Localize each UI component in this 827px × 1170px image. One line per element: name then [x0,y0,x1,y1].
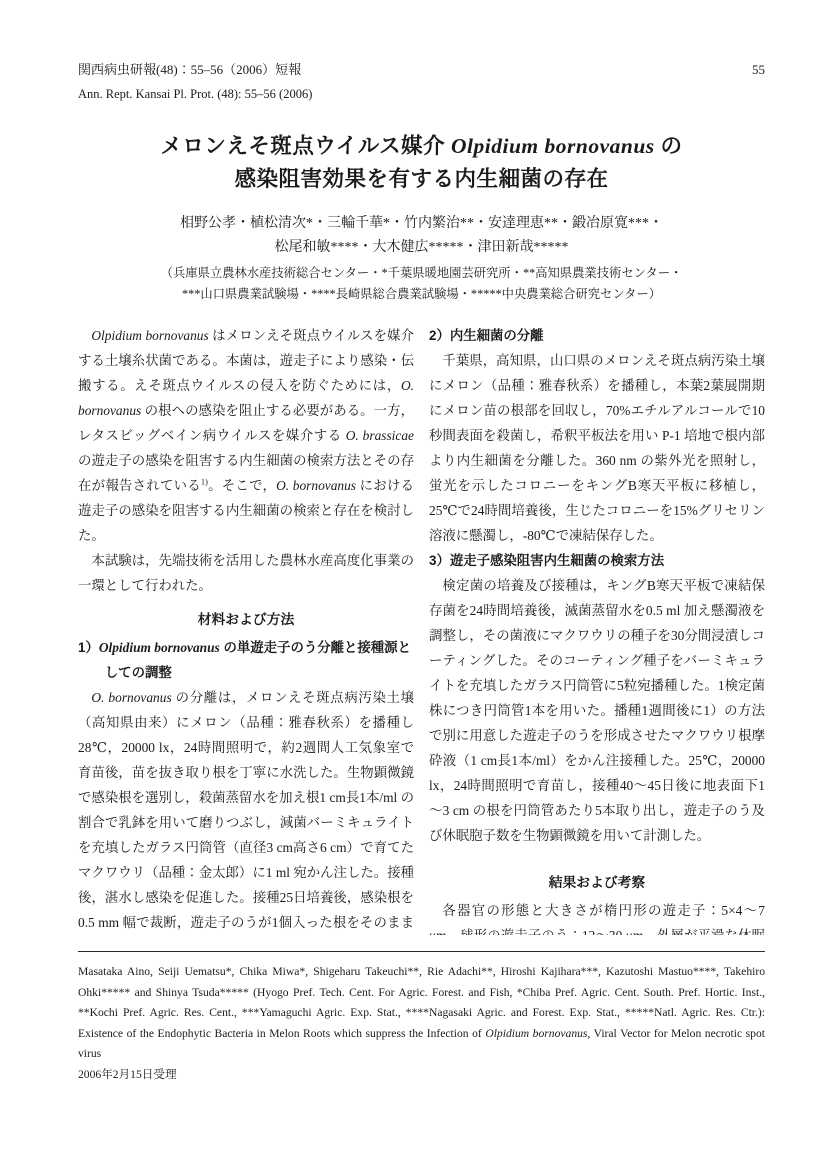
paper-page: 関西病虫研報(48)：55–56（2006）短報 55 Ann. Rept. K… [0,0,827,1170]
journal-title-en: Ann. Rept. Kansai Pl. Prot. (48): 55–56 … [78,84,765,104]
received-date: 2006年2月15日受理 [78,1065,765,1086]
intro-paragraph: Olpidium bornovanus はメロンえそ斑点ウイルスを媒介する土壌糸… [78,323,414,548]
subsection-heading-2: 2）内生細菌の分離 [429,323,765,348]
methods-paragraph-1: O. bornovanus の分離は，メロンえそ斑点病汚染土壌（高知県由来）にメ… [78,685,414,935]
results-paragraph: 各器官の形態と大きさが楕円形の遊走子：5×4～7 μm，球形の遊走子のう：12～… [429,898,765,935]
methods-paragraph-3: 検定菌の培養及び接種は，キングB寒天平板で凍結保存菌を24時間培養後，滅菌蒸留水… [429,573,765,848]
paper-title-line2: 感染阻害効果を有する内生細菌の存在 [78,163,765,196]
page-number: 55 [752,60,765,80]
methods-paragraph-2: 千葉県，高知県，山口県のメロンえそ斑点病汚染土壌にメロン（品種：雅春秋系）を播種… [429,348,765,548]
right-column: 2）内生細菌の分離 千葉県，高知県，山口県のメロンえそ斑点病汚染土壌にメロン（品… [429,323,765,935]
paper-title: メロンえそ斑点ウイルス媒介 Olpidium bornovanus の 感染阻害… [78,130,765,196]
footnote-block: Masataka Aino, Seiji Uematsu*, Chika Miw… [78,951,765,1085]
subsection-heading-3: 3）遊走子感染阻害内生細菌の検索方法 [429,548,765,573]
section-heading-methods: 材料および方法 [78,607,414,632]
authors-line2: 松尾和敏****・大木健広*****・津田新哉***** [78,236,765,260]
journal-header: 関西病虫研報(48)：55–56（2006）短報 55 [78,60,765,80]
paper-title-line1: メロンえそ斑点ウイルス媒介 Olpidium bornovanus の [78,130,765,163]
affiliations-block: （兵庫県立農林水産技術総合センター・*千葉県暖地園芸研究所・**高知県農業技術セ… [78,263,765,305]
authors-block: 相野公孝・植松清次*・三輪千華*・竹内繁治**・安達理恵**・鍛冶原寛***・ … [78,212,765,260]
footnote-authors-en: Masataka Aino, Seiji Uematsu*, Chika Miw… [78,962,765,1065]
subsection-heading-1: 1）Olpidium bornovanus の単遊走子のう分離と接種源としての調… [78,635,414,685]
body-columns: Olpidium bornovanus はメロンえそ斑点ウイルスを媒介する土壌糸… [78,323,765,935]
section-heading-results: 結果および考察 [429,870,765,895]
affiliations-line1: （兵庫県立農林水産技術総合センター・*千葉県暖地園芸研究所・**高知県農業技術セ… [78,263,765,284]
journal-title-jp: 関西病虫研報(48)：55–56（2006）短報 [78,60,301,80]
left-column: Olpidium bornovanus はメロンえそ斑点ウイルスを媒介する土壌糸… [78,323,414,935]
acknowledgement-paragraph: 本試験は，先端技術を活用した農林水産高度化事業の一環として行われた。 [78,548,414,598]
affiliations-line2: ***山口県農業試験場・****長崎県総合農業試験場・*****中央農業総合研究… [78,284,765,305]
authors-line1: 相野公孝・植松清次*・三輪千華*・竹内繁治**・安達理恵**・鍛冶原寛***・ [78,212,765,236]
